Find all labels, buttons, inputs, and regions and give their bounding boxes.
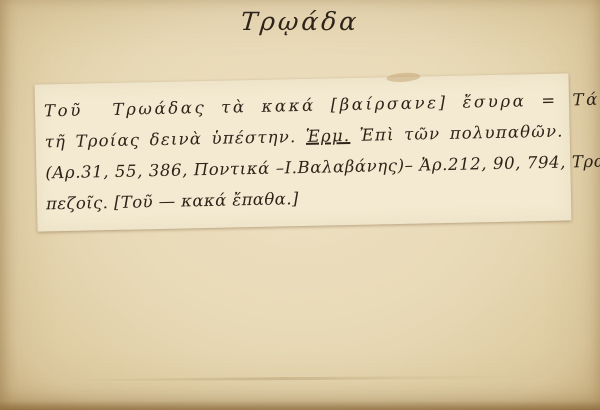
card-crease: [70, 375, 540, 381]
glue-stain: [386, 72, 421, 83]
card-title: Τρῳάδα: [0, 7, 600, 36]
slip-line-2-pre: τῆ Τροίας δεινὰ ὑπέστην.: [45, 127, 307, 151]
pasted-slip: Τοῦ Τρωάδας τὰ κακά [βαίρσανε] ἔσυρα = Τ…: [35, 73, 572, 231]
slip-line-2-abbreviation-underlined: Ἑρμ.: [306, 126, 351, 146]
index-card-photo: Τρῳάδα Τοῦ Τρωάδας τὰ κακά [βαίρσανε] ἔσ…: [0, 0, 600, 410]
card-bottom-edge-shadow: [0, 401, 600, 410]
slip-line-2-post: Ἐπὶ τῶν πολυπαθῶν.: [350, 122, 564, 145]
